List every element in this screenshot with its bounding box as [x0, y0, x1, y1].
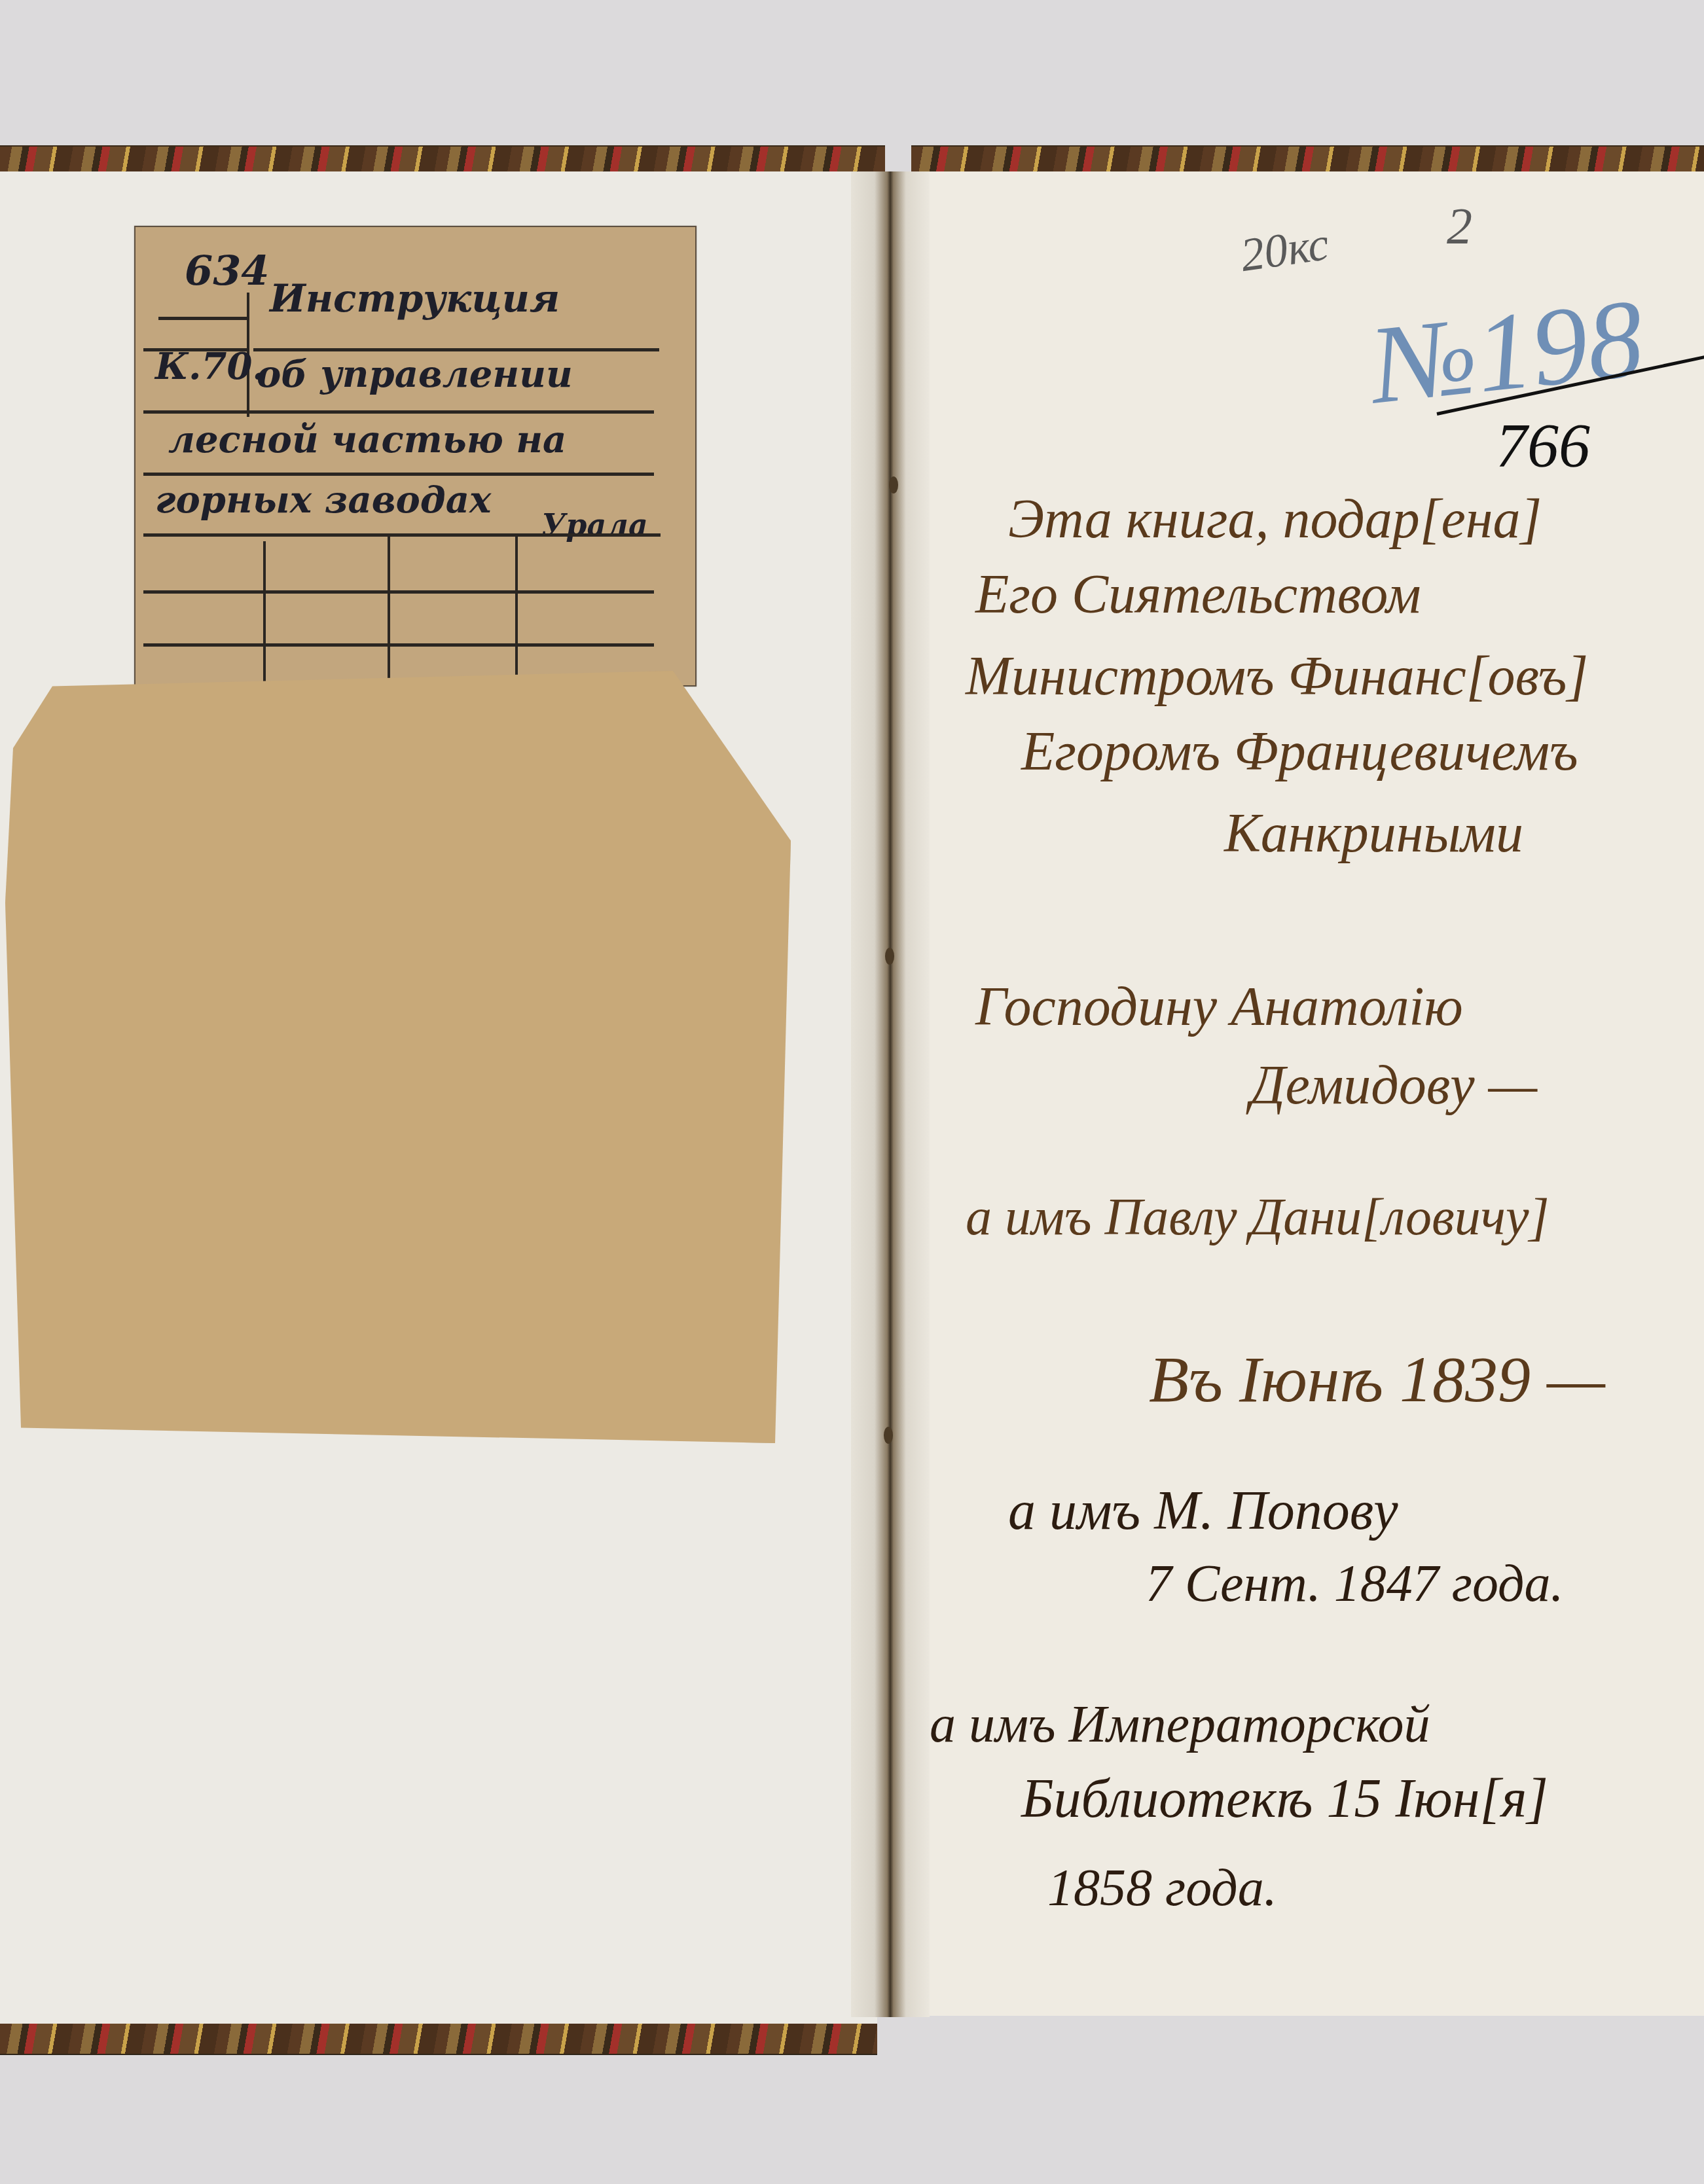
pencil-mark: 2 [1447, 196, 1472, 255]
inscription-line: Его Сиятельством [975, 563, 1421, 626]
card-title-line: Урала [541, 507, 648, 543]
inscription-line: Въ Іюнѣ 1839 — [1149, 1342, 1605, 1417]
pasted-kraft-paper [5, 671, 791, 1443]
book-gutter [851, 171, 930, 2017]
card-divider [158, 317, 247, 320]
shelf-mark-black-number: 766 [1496, 409, 1590, 482]
card-rule [143, 473, 654, 476]
card-rule [143, 348, 247, 351]
card-grid-vline [388, 535, 390, 685]
inscription-line: 7 Сент. 1847 года. [1146, 1554, 1563, 1614]
library-catalog-card: 634 К.70. Инструкция об управлении лесно… [134, 226, 697, 687]
binding-stitch [885, 948, 894, 965]
card-number-top: 634 [185, 247, 269, 295]
binding-stitch [889, 476, 898, 493]
inscription-line: Библиотекѣ 15 Іюн[я] [1021, 1767, 1548, 1831]
card-title-line: Инструкция [270, 276, 560, 321]
card-title-line: об управлении [257, 353, 573, 396]
inscription-line: а имъ Павлу Дани[ловичу] [966, 1188, 1550, 1247]
top-cover-edge-left [0, 145, 885, 174]
inscription-line: Егоромъ Францевичемъ [1021, 720, 1578, 783]
card-title-line: лесной частью на [168, 418, 566, 461]
inscription-line: а имъ Императорской [930, 1695, 1430, 1755]
inscription-line: Демидову — [1250, 1054, 1537, 1117]
inscription-line: а имъ М. Попову [1008, 1479, 1398, 1543]
inscription-line: Эта книга, подар[ена] [1008, 488, 1542, 551]
bottom-cover-edge [0, 2022, 877, 2055]
inscription-line: 1858 года. [1047, 1859, 1277, 1918]
card-title-line: горных заводах [155, 478, 491, 522]
inscription-line: Канкриными [1224, 802, 1523, 865]
inscription-line: Министромъ Финанс[овъ] [966, 645, 1588, 708]
top-cover-edge-right [911, 145, 1704, 174]
card-grid-vline [515, 535, 518, 685]
card-grid-vline [263, 541, 266, 685]
card-grid-row [143, 590, 654, 594]
inscription-line: Господину Анатолію [975, 975, 1463, 1039]
card-rule [143, 533, 661, 537]
binding-stitch [884, 1427, 893, 1444]
card-rule [143, 410, 654, 414]
card-rule [253, 348, 659, 351]
card-grid-row [143, 643, 654, 647]
